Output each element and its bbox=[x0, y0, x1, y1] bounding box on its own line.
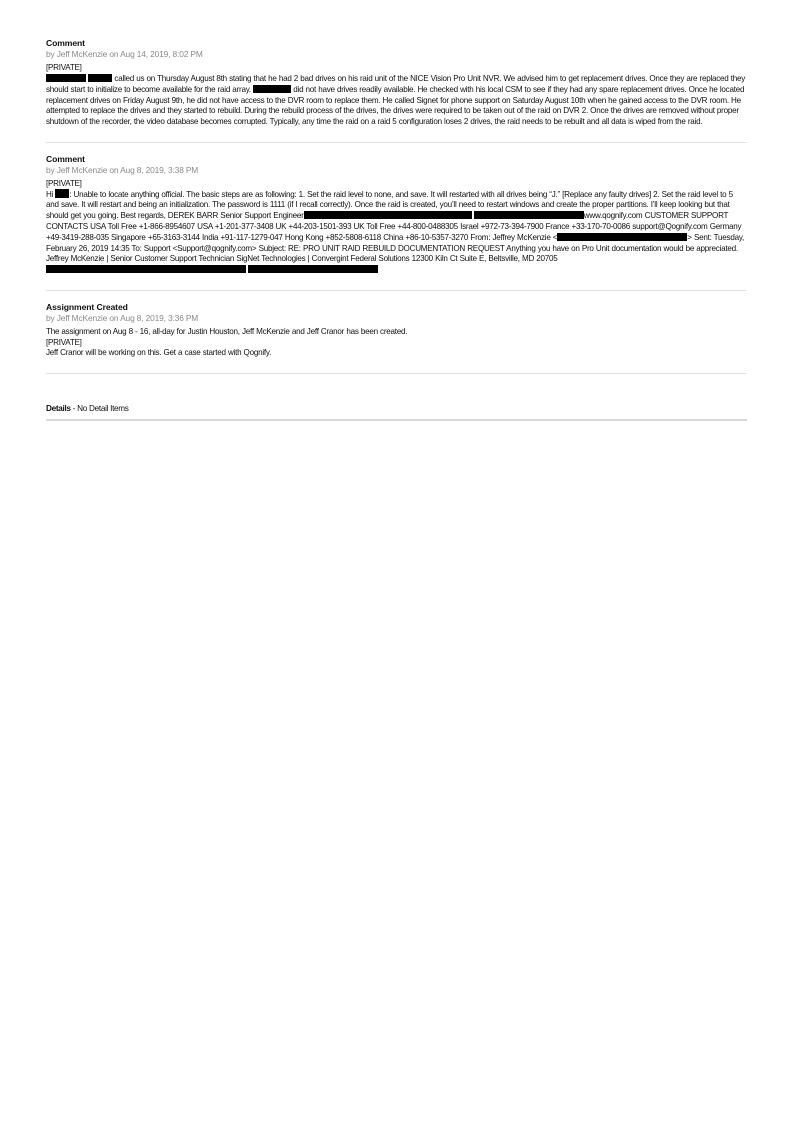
redaction-block bbox=[474, 211, 584, 220]
entry-type: Assignment Created bbox=[46, 302, 747, 313]
details-section: Details - No Detail Items bbox=[46, 404, 747, 421]
entry-text: Hi : Unable to locate anything official.… bbox=[46, 190, 744, 275]
entry-body: [PRIVATE] Hi : Unable to locate anything… bbox=[46, 179, 747, 276]
details-value: No Detail Items bbox=[77, 404, 128, 413]
entry-author-timestamp: by Jeff McKenzie on Aug 8, 2019, 3:38 PM bbox=[46, 165, 747, 176]
redaction-block bbox=[304, 211, 472, 220]
entry-author-timestamp: by Jeff McKenzie on Aug 8, 2019, 3:36 PM bbox=[46, 313, 747, 324]
assignment-summary: The assignment on Aug 8 - 16, all-day fo… bbox=[46, 327, 747, 338]
redaction-block bbox=[248, 265, 378, 274]
redaction-block bbox=[253, 85, 291, 94]
activity-entry-comment-2: Comment by Jeff McKenzie on Aug 8, 2019,… bbox=[46, 154, 747, 291]
activity-entry-comment-1: Comment by Jeff McKenzie on Aug 14, 2019… bbox=[46, 38, 747, 143]
entry-type: Comment bbox=[46, 154, 747, 165]
redaction-block bbox=[46, 265, 246, 274]
redaction-block bbox=[88, 74, 112, 83]
details-label: Details bbox=[46, 404, 71, 413]
entry-body: The assignment on Aug 8 - 16, all-day fo… bbox=[46, 327, 747, 359]
entry-author-timestamp: by Jeff McKenzie on Aug 14, 2019, 8:02 P… bbox=[46, 49, 747, 60]
entry-body: [PRIVATE] called us on Thursday August 8… bbox=[46, 63, 747, 128]
redaction-block bbox=[46, 74, 86, 83]
activity-log: Comment by Jeff McKenzie on Aug 14, 2019… bbox=[46, 38, 747, 421]
entry-text: Jeff Cranor will be working on this. Get… bbox=[46, 348, 271, 357]
entry-type: Comment bbox=[46, 38, 747, 49]
private-tag: [PRIVATE] bbox=[46, 338, 747, 349]
private-tag: [PRIVATE] bbox=[46, 179, 747, 190]
entry-text: called us on Thursday August 8th stating… bbox=[46, 74, 745, 126]
activity-entry-assignment: Assignment Created by Jeff McKenzie on A… bbox=[46, 302, 747, 374]
redaction-block bbox=[557, 233, 687, 242]
redaction-block bbox=[55, 189, 69, 198]
private-tag: [PRIVATE] bbox=[46, 63, 747, 74]
